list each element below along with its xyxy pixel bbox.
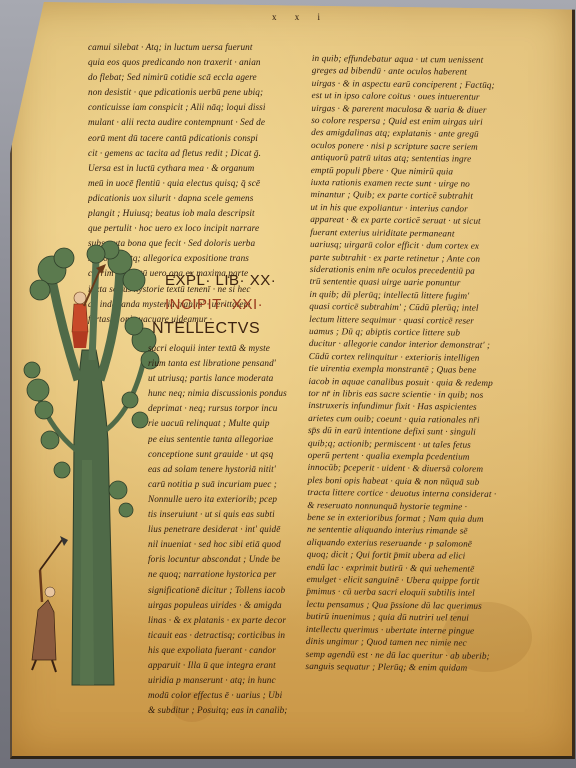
text-line: ut utriusq; partis lance moderata	[148, 371, 287, 386]
text-line: nil inueniat · sed hoc sibi etiā quod	[148, 537, 287, 552]
text-line: non desistit · que pdicationis uerbū pen…	[88, 85, 266, 100]
woodcutter-figure	[32, 536, 68, 672]
left-column-lower-text: sacri eloquii inter textū & myste rium t…	[148, 341, 287, 718]
right-column-text: in quib; effundebatur aqua · ut cum ueni…	[306, 52, 501, 674]
initial-word-heading: NTELLECTVS	[152, 320, 260, 338]
text-line: carū notitia p suā incuriam puec ;	[148, 477, 287, 492]
text-line: hunc neq; nimia discussionis pondus	[148, 386, 287, 401]
text-line: meū in uocē flentiū · quia electus quisq…	[88, 176, 266, 191]
text-line: plangit ; Huiusq; beatus iob mala descri…	[88, 206, 266, 221]
text-line: uiridia p manserunt · atq; in hunc	[148, 673, 287, 688]
text-line: foris locuntur abscondat ; Unde be	[148, 552, 287, 567]
text-line: tis inseruiunt · ut si quis eas subti	[148, 507, 287, 522]
text-line: eas ad solam tenere hystoriā nitit'	[148, 462, 287, 477]
text-line: ne quoq; narratione hystorica per	[148, 567, 287, 582]
text-line: his que expoliata fuerant · candor	[148, 643, 287, 658]
text-line: deprimat · neq; rursus torpor incu	[148, 401, 287, 416]
text-line: mulant · alii recta audire contempnunt ·…	[88, 115, 266, 130]
text-line: sacri eloquii inter textū & myste	[148, 341, 287, 356]
text-line: conceptione sunt grauide · ut qsq	[148, 447, 287, 462]
text-line: do flebat; Sed nimirū cotidie scā eccla …	[88, 70, 266, 85]
text-line: quia eos quos predicando non traxerit · …	[88, 55, 266, 70]
text-line: ticauit eas · detractisq; corticibus in	[148, 628, 287, 643]
text-line: significationē dicitur ; Tollens iacob	[148, 583, 287, 598]
text-line: conticuisse iam conspicit ; Alii nāq; lo…	[88, 100, 266, 115]
folio-number: x x i	[272, 12, 328, 22]
text-line: rie uacuū relinquat ; Multe quip	[148, 416, 287, 431]
text-line: & subditur ; Posuitq; eas in canalib;	[148, 703, 287, 718]
text-line: uirgas populeas uirides · & amigda	[148, 598, 287, 613]
text-line: que pertulit · hoc uero ex loco incipit …	[88, 221, 266, 236]
incipit-rubric: INCIPIT· XXI·	[165, 296, 263, 313]
text-line: pdicationis uox silurit · dapna scele ge…	[88, 191, 266, 206]
text-line: apparuit · Illa ū que integra erant	[148, 658, 287, 673]
text-line: lius penetrare desiderat · int' quidē	[148, 522, 287, 537]
text-line: Nonnulle uero ita exteriorib; pcep	[148, 492, 287, 507]
text-line: camui silebat · Atq; in luctum uersa fue…	[88, 40, 266, 55]
text-line: eorū ment dū tacere cantū pdicationis co…	[88, 131, 266, 146]
text-line: cit · gemens ac tacita ad fletus redit ;…	[88, 146, 266, 161]
text-line: rium tanta est libratione pensand'	[148, 356, 287, 371]
figure-in-tree	[72, 264, 106, 348]
explicit-rubric: EXP̄L· LIB· XX·	[165, 272, 276, 289]
text-line: linas · & ex platanis · ex parte decor	[148, 613, 287, 628]
illuminated-initial-tree	[22, 240, 162, 690]
text-line: pe eius sententie tanta allegoriae	[148, 432, 287, 447]
text-line: modū color effectus ē · uarius ; Ubi	[148, 688, 287, 703]
text-line: sanguis sequatur ; Plerūq; & enim quidam	[306, 660, 495, 674]
text-line: Uersa est in luctū cythara mea · & organ…	[88, 161, 266, 176]
